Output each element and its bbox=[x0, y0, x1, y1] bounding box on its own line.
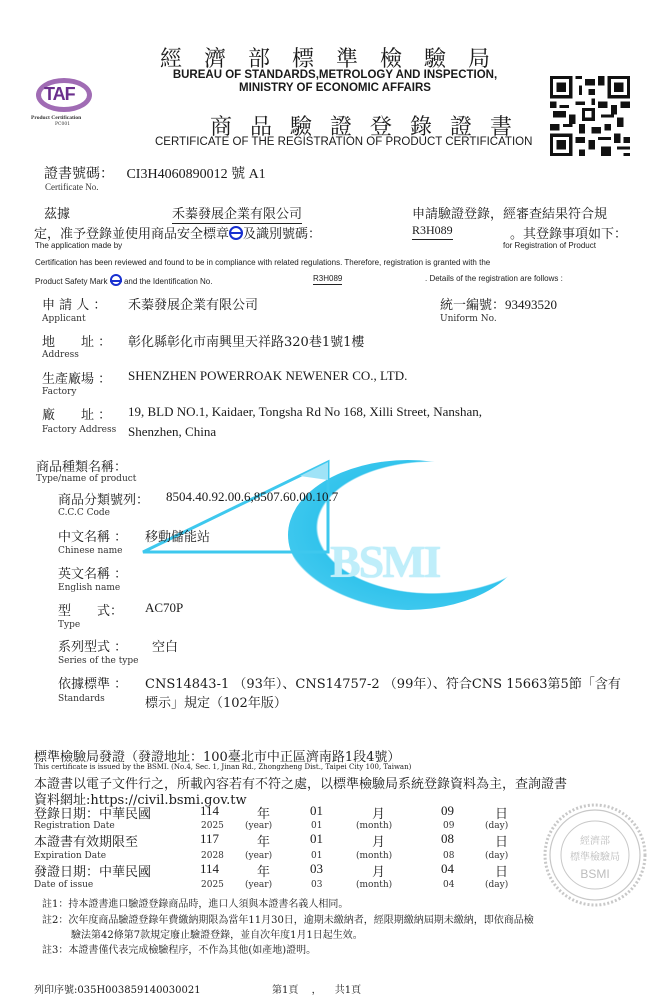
series-value: 空白 bbox=[152, 636, 178, 655]
expiration-date-label-en: Expiration Date bbox=[34, 851, 106, 861]
issue-date-roc-year: 114 bbox=[200, 861, 219, 877]
bsmi-watermark-text: BSMI bbox=[330, 535, 440, 588]
statement-en-line3-prefix: Product Safety Mark bbox=[35, 277, 107, 286]
factory-label: 生產廠場 ： bbox=[42, 368, 111, 387]
statement-en-identification-no: R3H089 bbox=[313, 274, 342, 285]
note-3: 註3：本證書僅代表完成檢驗程序，不作為其他(如產地)證明。 bbox=[42, 941, 316, 956]
seal-line3: BSMI bbox=[580, 867, 609, 881]
registration-date-roc-year: 114 bbox=[200, 803, 219, 819]
day-unit-en: (day) bbox=[485, 821, 508, 831]
factory-label-en: Factory bbox=[42, 387, 76, 397]
day-unit-en: (day) bbox=[485, 880, 508, 890]
seal-line1: 經濟部 bbox=[580, 834, 610, 847]
chinese-name-label: 中文名稱 ： bbox=[58, 526, 127, 545]
year-unit-en: (year) bbox=[245, 851, 272, 861]
issue-date-label-en: Date of issue bbox=[34, 880, 93, 890]
month-unit-cn: 月 bbox=[372, 861, 385, 880]
applicant-label-en: Applicant bbox=[42, 314, 86, 324]
statement-en-line2: Certification has been reviewed and foun… bbox=[35, 258, 490, 267]
statement-en-line3-suffix: . Details of the registration are follow… bbox=[425, 274, 563, 283]
expiration-date-label: 本證書有效期限至 bbox=[34, 831, 138, 850]
year-unit-cn: 年 bbox=[257, 831, 270, 850]
uniform-no-value: 93493520 bbox=[505, 297, 557, 312]
year-unit-en: (year) bbox=[245, 880, 272, 890]
registration-date-day: 09 bbox=[441, 803, 454, 819]
ccc-code-label: 商品分類號列： bbox=[58, 489, 149, 508]
factory-address-label-en: Factory Address bbox=[42, 425, 116, 435]
page-separator: ， bbox=[312, 985, 322, 996]
statement-line1-suffix: 申請驗證登錄，經審查結果符合規 bbox=[412, 203, 607, 222]
series-label: 系列型式 ： bbox=[58, 636, 127, 655]
issue-date-day: 04 bbox=[441, 861, 454, 877]
day-unit-cn: 日 bbox=[495, 861, 508, 880]
note-1: 註1：持本證書進口驗證登錄商品時，進口人須與本證書名義人相同。 bbox=[42, 895, 348, 910]
registration-date-day-en: 09 bbox=[443, 821, 454, 831]
statement-prefix: 茲據 bbox=[44, 203, 70, 222]
applicant-label: 申 請 人 ： bbox=[42, 294, 106, 313]
month-unit-cn: 月 bbox=[372, 803, 385, 822]
taf-logo-text: TAF bbox=[44, 84, 75, 105]
applicant-value: 禾蓁發展企業有限公司 bbox=[128, 294, 258, 313]
certificate-no-label: 證書號碼： bbox=[44, 166, 114, 182]
qr-code-icon[interactable] bbox=[550, 76, 630, 156]
statement-line2-suffix: 。其登錄事項如下： bbox=[510, 223, 627, 242]
type-value: AC70P bbox=[145, 600, 183, 616]
page-total: 共1頁 bbox=[335, 985, 361, 996]
month-unit-en: (month) bbox=[356, 821, 392, 831]
uniform-no-row: 統一編號：93493520 bbox=[440, 294, 557, 313]
bsmi-official-seal-icon: 經濟部 標準檢驗局 BSMI bbox=[533, 800, 657, 910]
day-unit-cn: 日 bbox=[495, 803, 508, 822]
standards-value-line2: 標示」規定（102年版） bbox=[145, 692, 287, 711]
uniform-no-label-en: Uniform No. bbox=[440, 314, 497, 324]
year-unit-cn: 年 bbox=[257, 861, 270, 880]
statement-applicant-name: 禾蓁發展企業有限公司 bbox=[172, 203, 302, 224]
statement-line2-mid: 及識別號碼： bbox=[243, 227, 321, 242]
type-label-en: Type bbox=[58, 620, 80, 630]
expiration-date-month-en: 01 bbox=[311, 851, 322, 861]
expiration-date-roc-year: 117 bbox=[200, 831, 219, 847]
note-2-continued: 驗法第42條第7款規定廢止驗證登錄，並自次年度1月1日起生效。 bbox=[71, 926, 363, 941]
standards-label: 依據標準 ： bbox=[58, 673, 127, 692]
issue-date-year: 2025 bbox=[201, 880, 224, 890]
product-safety-mark-icon bbox=[110, 274, 122, 286]
year-unit-cn: 年 bbox=[257, 803, 270, 822]
certificate-no-row: 證書號碼： CI3H4060890012 號 A1 bbox=[44, 163, 266, 183]
type-label: 型 式： bbox=[58, 600, 123, 619]
issued-by-en: This certificate is issued by the BSMI. … bbox=[34, 763, 411, 771]
english-name-label-en: English name bbox=[58, 583, 120, 593]
print-serial: 列印序號:035H003859140030021 bbox=[34, 981, 201, 996]
registration-date-month: 01 bbox=[310, 803, 323, 819]
chinese-name-label-en: Chinese name bbox=[58, 546, 123, 556]
expiration-date-day-en: 08 bbox=[443, 851, 454, 861]
month-unit-en: (month) bbox=[356, 851, 392, 861]
expiration-date-year: 2028 bbox=[201, 851, 224, 861]
year-unit-en: (year) bbox=[245, 821, 272, 831]
statement-en-line3-mid: and the Identification No. bbox=[124, 277, 213, 286]
statement-en-line3: Product Safety Mark and the Identificati… bbox=[35, 274, 212, 286]
statement-en-application: The application made by bbox=[35, 241, 122, 250]
factory-address-value-line1: 19, BLD NO.1, Kaidaer, Tongsha Rd No 168… bbox=[128, 404, 482, 420]
statement-en-for-registration: for Registration of Product bbox=[503, 241, 596, 250]
chinese-name-value: 移動儲能站 bbox=[145, 526, 210, 545]
product-section-label: 商品種類名稱： bbox=[36, 456, 127, 475]
taf-logo-subtitle: Product Certification bbox=[31, 115, 81, 121]
identification-no: R3H089 bbox=[412, 223, 453, 240]
product-safety-mark-icon bbox=[229, 226, 243, 240]
month-unit-cn: 月 bbox=[372, 831, 385, 850]
registration-date-year: 2025 bbox=[201, 821, 224, 831]
agency-name-en-line1: BUREAU OF STANDARDS,METROLOGY AND INSPEC… bbox=[155, 69, 515, 82]
address-value: 彰化縣彰化市南興里天祥路320巷1號1樓 bbox=[128, 331, 364, 350]
standards-value-line1: CNS14843-1 （93年）、CNS14757-2 （99年）、符合CNS … bbox=[145, 673, 621, 692]
factory-address-value-line2: Shenzhen, China bbox=[128, 424, 216, 440]
day-unit-en: (day) bbox=[485, 851, 508, 861]
certificate-no-label-en: Certificate No. bbox=[45, 182, 98, 192]
taf-logo-code: PC001 bbox=[55, 122, 70, 127]
issue-date-month-en: 03 bbox=[311, 880, 322, 890]
registration-date-month-en: 01 bbox=[311, 821, 322, 831]
factory-address-label: 廠 址 ： bbox=[42, 404, 111, 423]
day-unit-cn: 日 bbox=[495, 831, 508, 850]
address-label: 地 址 ： bbox=[42, 331, 111, 350]
factory-value: SHENZHEN POWERROAK NEWENER CO., LTD. bbox=[128, 368, 407, 384]
english-name-label: 英文名稱 ： bbox=[58, 563, 127, 582]
registration-date-label-en: Registration Date bbox=[34, 821, 115, 831]
issue-date-day-en: 04 bbox=[443, 880, 454, 890]
page-current: 第1頁 bbox=[272, 985, 298, 996]
issue-date-label: 發證日期：中華民國 bbox=[34, 861, 151, 880]
month-unit-en: (month) bbox=[356, 880, 392, 890]
expiration-date-day: 08 bbox=[441, 831, 454, 847]
issue-date-month: 03 bbox=[310, 861, 323, 877]
statement-line2: 定，准予登錄並使用商品安全標章及識別號碼： bbox=[34, 223, 321, 242]
certificate-no-value: CI3H4060890012 號 A1 bbox=[126, 167, 265, 182]
page-number: 第1頁 ， 共1頁 bbox=[272, 981, 361, 996]
statement-line2-prefix: 定，准予登錄並使用商品安全標章 bbox=[34, 227, 229, 242]
seal-line2: 標準檢驗局 bbox=[570, 850, 620, 863]
product-section-label-en: Type/name of product bbox=[36, 474, 136, 484]
series-label-en: Series of the type bbox=[58, 656, 138, 666]
uniform-no-label: 統一編號： bbox=[440, 298, 505, 313]
note-2: 註2：次年度商品驗證登錄年費繳納期限為當年11月30日，逾期未繳納者，經限期繳納… bbox=[42, 911, 534, 926]
registration-date-label: 登錄日期：中華民國 bbox=[34, 803, 151, 822]
agency-name-en-line2: MINISTRY OF ECONOMIC AFFAIRS bbox=[155, 82, 515, 95]
address-label-en: Address bbox=[42, 350, 79, 360]
ccc-code-label-en: C.C.C Code bbox=[58, 508, 110, 518]
ccc-code-value: 8504.40.92.00.6,8507.60.00.10.7 bbox=[166, 489, 338, 505]
certificate-title-en: CERTIFICATE OF THE REGISTRATION OF PRODU… bbox=[155, 136, 532, 148]
expiration-date-month: 01 bbox=[310, 831, 323, 847]
agency-name-en: BUREAU OF STANDARDS,METROLOGY AND INSPEC… bbox=[155, 69, 515, 95]
standards-label-en: Standards bbox=[58, 694, 105, 704]
